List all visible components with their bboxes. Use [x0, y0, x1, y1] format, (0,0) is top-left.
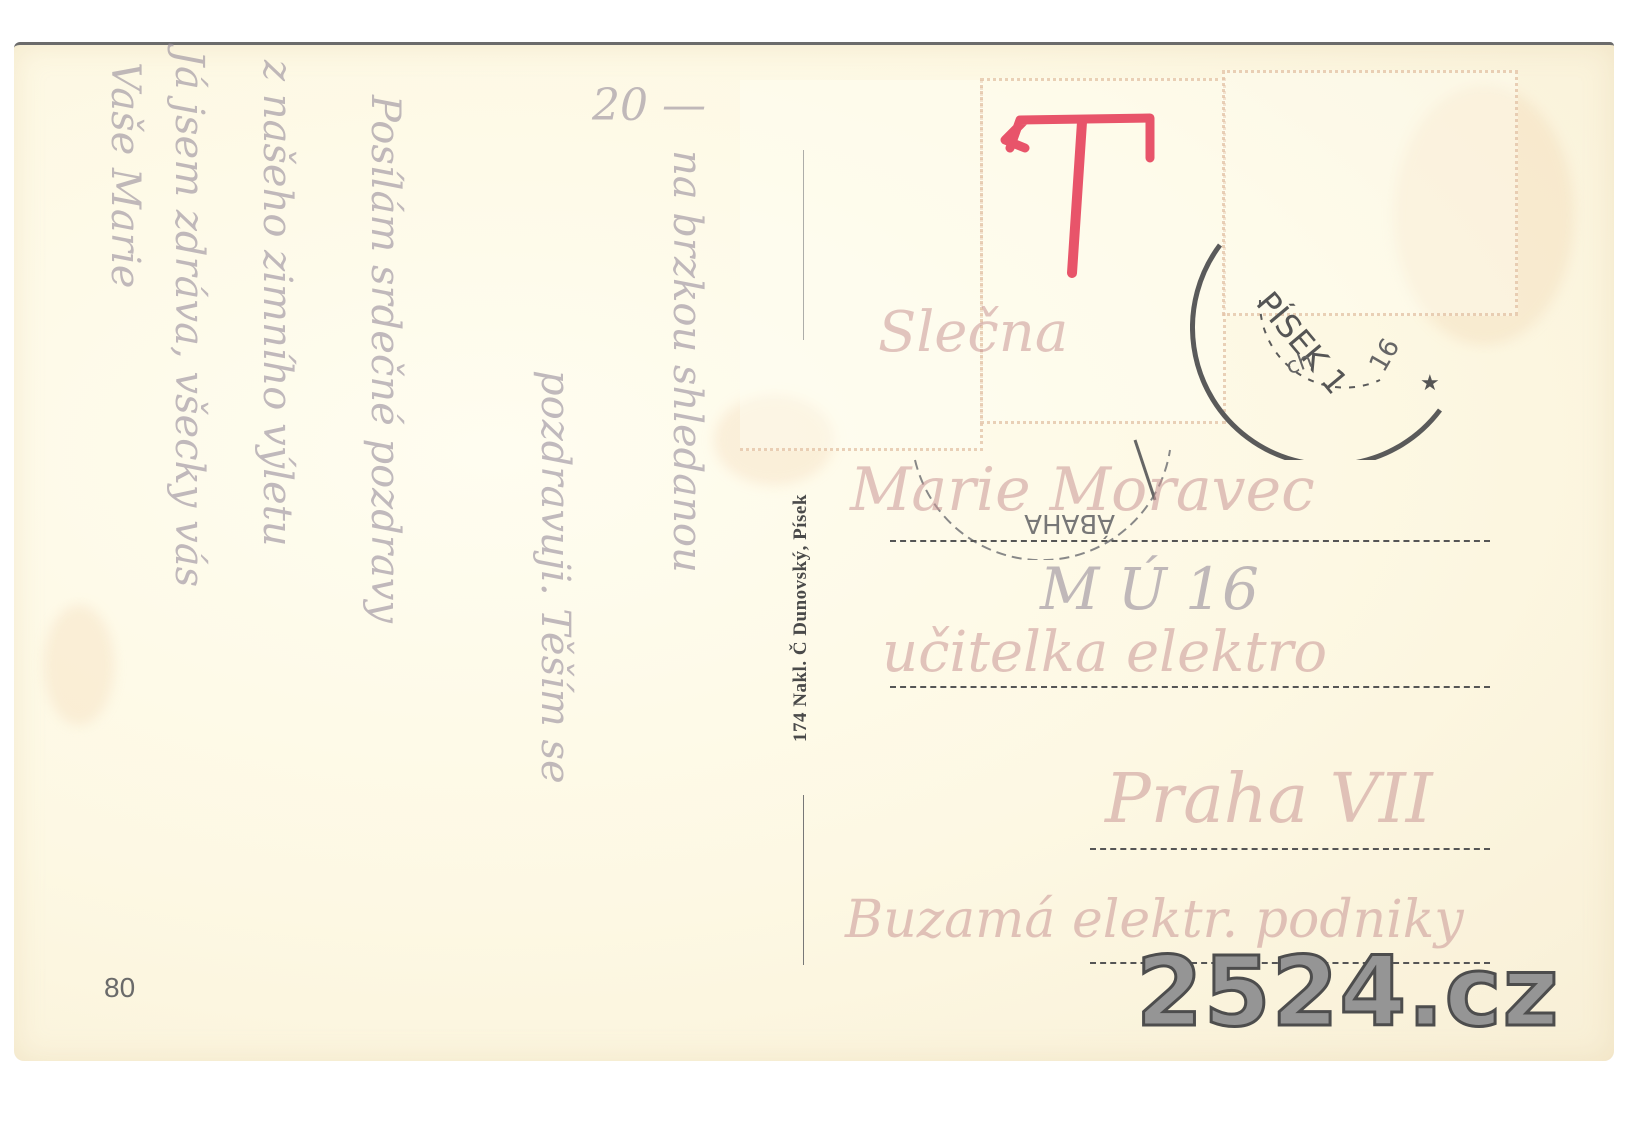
address-line	[890, 686, 1490, 688]
message-line: na brzkou shledanou	[664, 150, 710, 573]
postmark-pisek: PÍSEK 1 ch 16 ★	[1190, 230, 1460, 460]
divider-line	[803, 795, 804, 965]
message-line: Já jsem zdráva, všecky vás	[166, 50, 212, 587]
message-line: Posílám srdečné pozdravy	[362, 95, 408, 623]
stamp-outline	[740, 80, 983, 451]
pencil-note: 20 —	[592, 80, 706, 131]
page-number: 80	[104, 972, 135, 1004]
svg-text:★: ★	[1420, 370, 1440, 395]
paper-stain	[44, 605, 114, 725]
address-name: Marie Moravec	[850, 455, 1315, 525]
address-city: Praha VII	[1105, 760, 1433, 839]
address-line	[1090, 848, 1490, 850]
postage-due-t-mark	[1000, 108, 1160, 278]
address-street: M Ú 16	[1040, 555, 1259, 623]
svg-text:PÍSEK 1: PÍSEK 1	[1249, 284, 1356, 401]
message-line: pozdravuji. Těším se	[532, 370, 578, 784]
watermark: 2524.cz	[1136, 944, 1559, 1040]
message-line: Vaše Marie	[102, 62, 148, 288]
svg-text:16: 16	[1364, 334, 1407, 378]
address-line	[890, 540, 1490, 542]
address-salutation: Slečna	[878, 300, 1068, 365]
publisher-imprint: 174 Nakl. Č Dunovský, Písek	[790, 494, 812, 742]
message-line: z našeho zimního výletu	[254, 60, 300, 547]
address-occupation: učitelka elektro	[882, 620, 1327, 685]
